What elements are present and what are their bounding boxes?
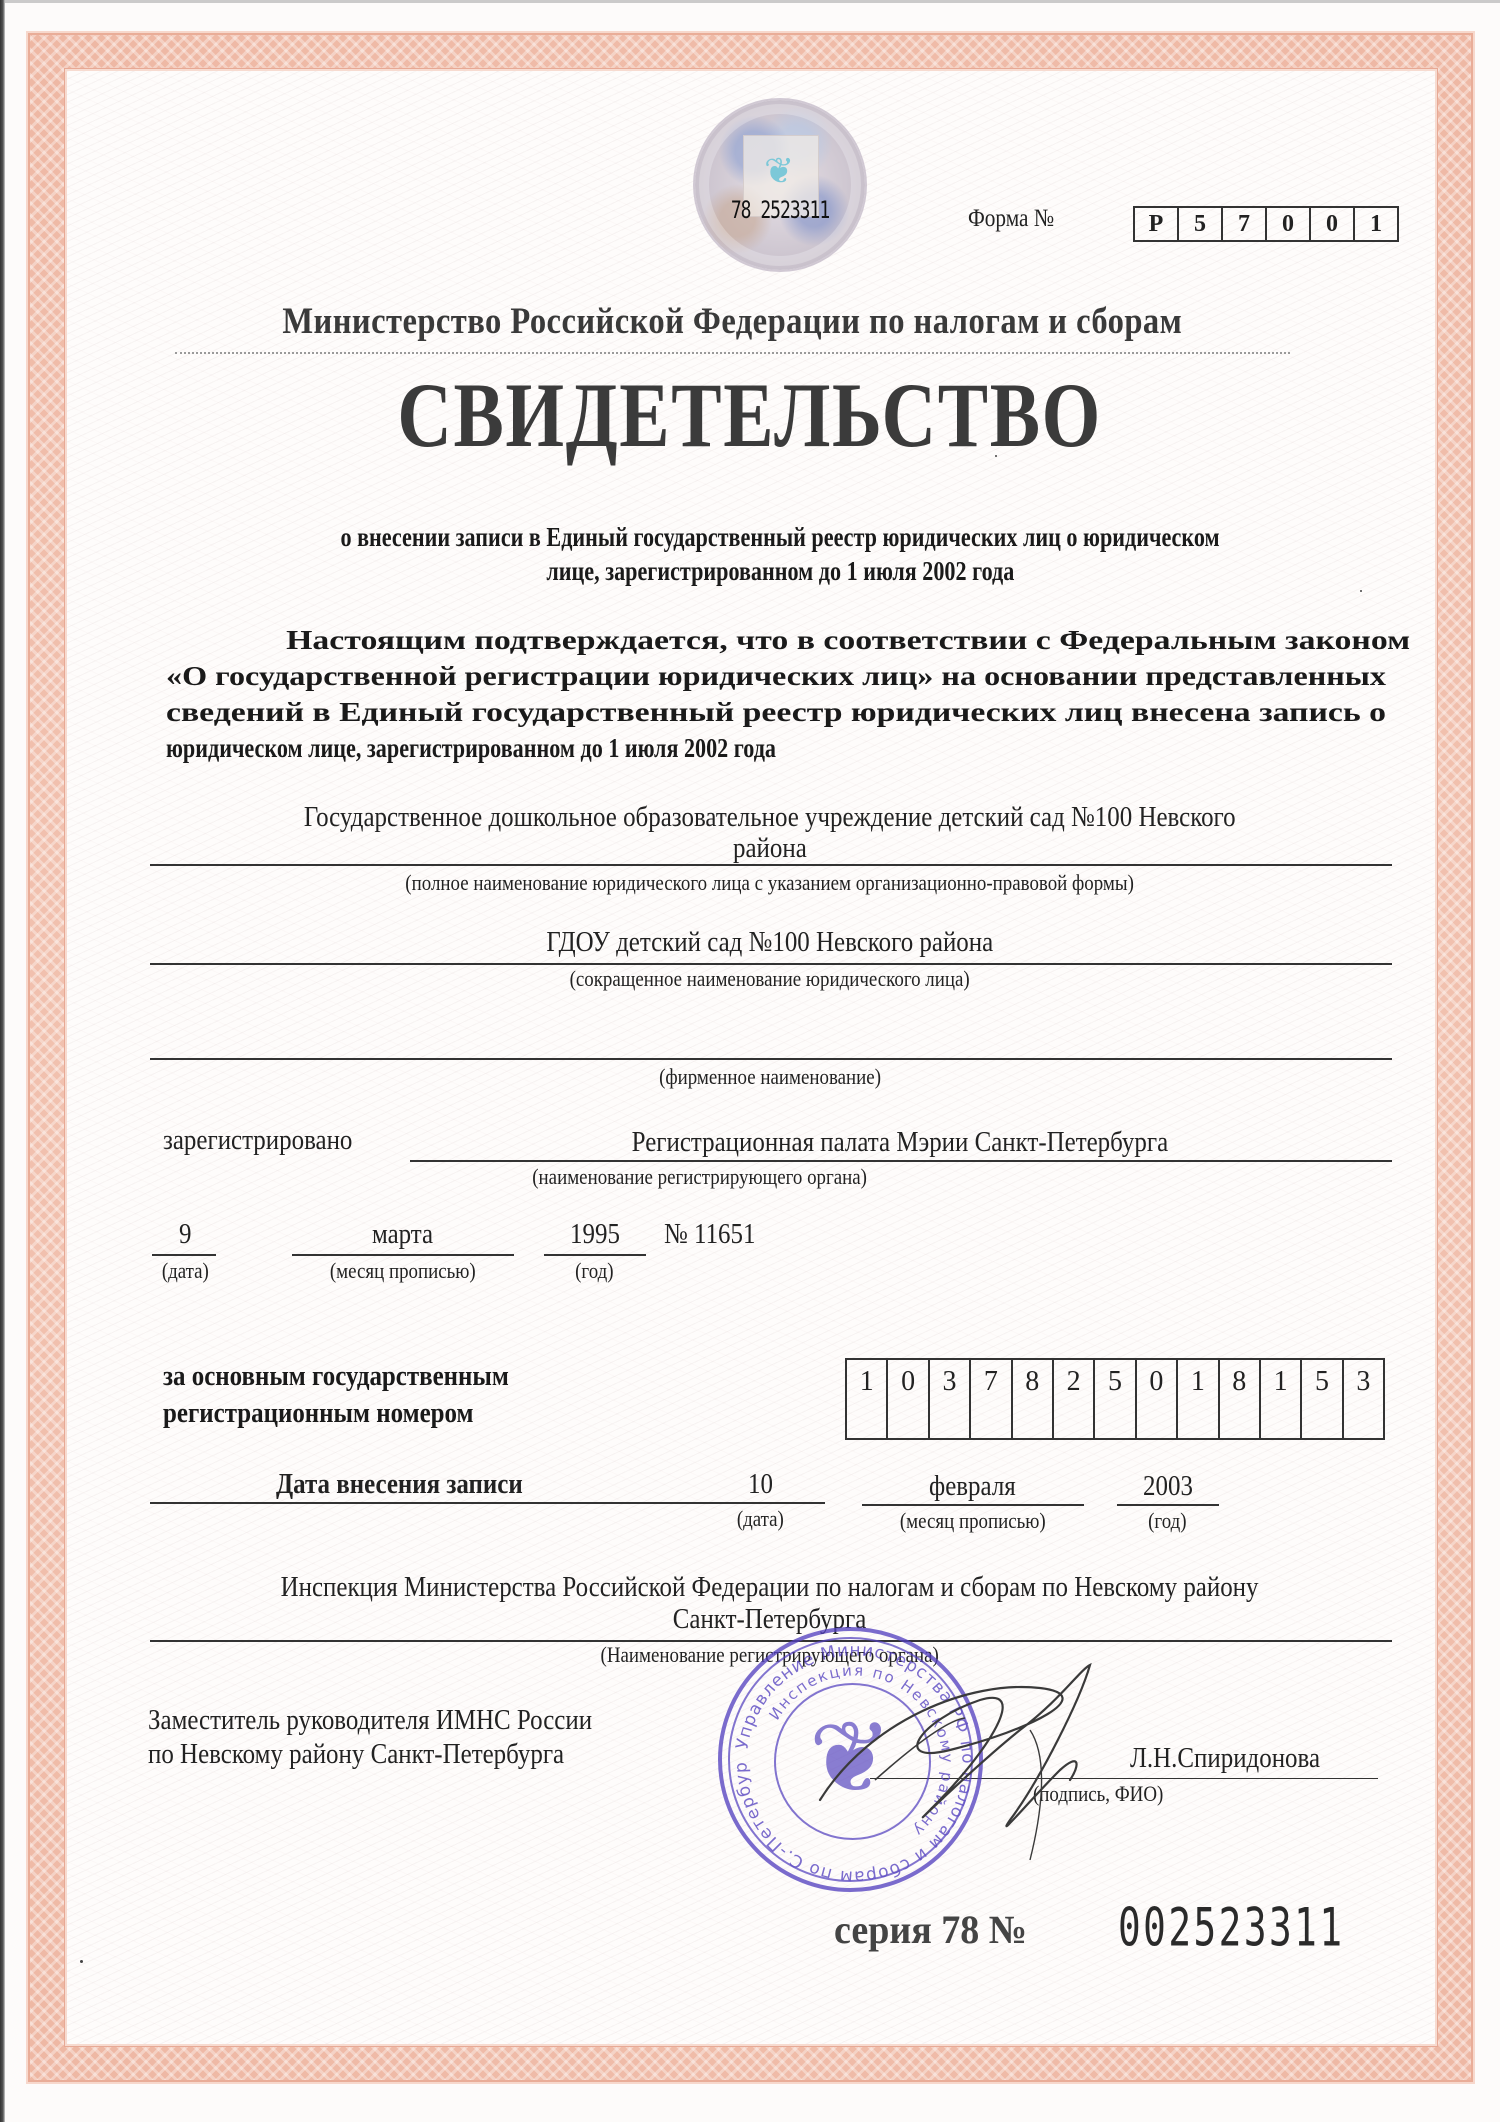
ogrn-digit-cell: 5 bbox=[1302, 1360, 1343, 1438]
registering-authority-text: Регистрационная палата Мэрии Санкт-Петер… bbox=[632, 1126, 1168, 1159]
form-code-cell: 0 bbox=[1267, 208, 1311, 240]
signatory-position-line-2: по Невскому району Санкт-Петербурга bbox=[148, 1738, 632, 1771]
registration-year-caption: (год) bbox=[542, 1258, 647, 1284]
ogrn-digit-cell: 0 bbox=[888, 1360, 929, 1438]
form-code-cell: 1 bbox=[1355, 208, 1399, 240]
form-label: Форма № bbox=[968, 205, 1054, 233]
form-code-box: Р 5 7 0 0 1 bbox=[1133, 206, 1399, 242]
scan-edge-top bbox=[0, 0, 1500, 3]
caption-text: (наименование регистрирующего органа) bbox=[533, 1164, 868, 1190]
caption-text: (год) bbox=[575, 1258, 613, 1284]
subtitle-text: о внесении записи в Единый государственн… bbox=[340, 522, 1219, 553]
registration-year-rule bbox=[544, 1254, 646, 1256]
signatory-position-text: по Невскому району Санкт-Петербурга bbox=[148, 1738, 564, 1771]
scan-speck bbox=[80, 1960, 83, 1963]
firm-name-rule bbox=[150, 1058, 1392, 1060]
signatory-position-line-1: Заместитель руководителя ИМНС России bbox=[148, 1704, 664, 1737]
registering-authority-caption: (наименование регистрирующего органа) bbox=[410, 1164, 990, 1190]
caption-text: (год) bbox=[1148, 1508, 1186, 1534]
entry-year: 2003 bbox=[1115, 1470, 1220, 1503]
registered-label-text: зарегистрировано bbox=[163, 1124, 352, 1157]
full-name-caption: (полное наименование юридического лица с… bbox=[150, 870, 1390, 896]
heading-divider bbox=[175, 352, 1290, 354]
caption-text: (месяц прописью) bbox=[330, 1258, 476, 1284]
ogrn-digit-cell: 1 bbox=[1178, 1360, 1219, 1438]
inspection-line-1: Инспекция Министерства Российской Федера… bbox=[150, 1571, 1390, 1604]
entry-month-rule bbox=[862, 1504, 1084, 1506]
short-name: ГДОУ детский сад №100 Невского района bbox=[150, 926, 1390, 959]
entry-year-rule bbox=[1117, 1504, 1219, 1506]
registration-month-caption: (месяц прописью) bbox=[290, 1258, 515, 1284]
caption-text: (полное наименование юридического лица с… bbox=[406, 870, 1135, 896]
ogrn-digit-cell: 3 bbox=[930, 1360, 971, 1438]
registration-month-rule bbox=[292, 1254, 514, 1256]
document-title: СВИДЕТЕЛЬСТВО bbox=[150, 362, 1350, 468]
ogrn-digit-cell: 1 bbox=[847, 1360, 888, 1438]
registration-day-text: 9 bbox=[179, 1218, 191, 1251]
form-code-cell: Р bbox=[1135, 208, 1179, 240]
ogrn-digit-cell: 0 bbox=[1137, 1360, 1178, 1438]
ogrn-label-line: регистрационным номером bbox=[163, 1395, 509, 1432]
ogrn-digit-cell: 8 bbox=[1013, 1360, 1054, 1438]
caption-text: (дата) bbox=[161, 1258, 208, 1284]
hologram-seal: 78 2523311 bbox=[695, 100, 865, 270]
inspection-text: Инспекция Министерства Российской Федера… bbox=[281, 1571, 1259, 1604]
registration-day-caption: (дата) bbox=[150, 1258, 220, 1284]
series-label: серия 78 № bbox=[834, 1906, 1037, 1953]
full-name-line-2: района bbox=[150, 832, 1390, 865]
ogrn-label-line: за основным государственным bbox=[163, 1358, 509, 1395]
ogrn-digit-cell: 5 bbox=[1095, 1360, 1136, 1438]
entry-month-caption: (месяц прописью) bbox=[860, 1508, 1085, 1534]
entry-day: 10 bbox=[700, 1468, 820, 1501]
entry-year-caption: (год) bbox=[1115, 1508, 1220, 1534]
ogrn-digit-cell: 8 bbox=[1220, 1360, 1261, 1438]
ogrn-digit-cell: 7 bbox=[971, 1360, 1012, 1438]
entry-month-text: февраля bbox=[929, 1470, 1016, 1503]
statement-line: юридическом лице, зарегистрированном до … bbox=[166, 730, 1166, 766]
signatory-position-text: Заместитель руководителя ИМНС России bbox=[148, 1704, 592, 1737]
form-code-cell: 0 bbox=[1311, 208, 1355, 240]
series-number-text: 002523311 bbox=[1118, 1896, 1345, 1958]
short-name-caption: (сокращенное наименование юридического л… bbox=[150, 966, 1390, 992]
short-name-text: ГДОУ детский сад №100 Невского района bbox=[547, 926, 994, 959]
firm-name bbox=[150, 1020, 1390, 1053]
registration-month: марта bbox=[290, 1218, 515, 1251]
firm-name-caption: (фирменное наименование) bbox=[150, 1064, 1390, 1090]
subtitle-text: лице, зарегистрированном до 1 июля 2002 … bbox=[546, 556, 1014, 587]
registering-authority: Регистрационная палата Мэрии Санкт-Петер… bbox=[410, 1126, 1390, 1159]
entry-day-caption: (дата) bbox=[700, 1506, 820, 1532]
entry-day-rule bbox=[150, 1502, 825, 1504]
ogrn-digit-cell: 3 bbox=[1344, 1360, 1385, 1438]
ogrn-digit-cell: 1 bbox=[1261, 1360, 1302, 1438]
caption-text: (сокращенное наименование юридического л… bbox=[570, 966, 970, 992]
full-name-text: Государственное дошкольное образовательн… bbox=[304, 801, 1236, 834]
statement-line: «О государственной регистрации юридическ… bbox=[166, 658, 1500, 694]
entry-date-label-text: Дата внесения записи bbox=[276, 1468, 523, 1501]
signatory-name: Л.Н.Спиридонова bbox=[1130, 1742, 1351, 1775]
caption-text: (дата) bbox=[736, 1506, 783, 1532]
ogrn-box: 1 0 3 7 8 2 5 0 1 8 1 5 3 bbox=[845, 1358, 1385, 1440]
entry-date-label: Дата внесения записи bbox=[276, 1468, 563, 1501]
ministry-heading: Министерство Российской Федерации по нал… bbox=[175, 300, 1290, 343]
registration-number-text: № 11651 bbox=[664, 1218, 755, 1251]
statement-paragraph: Настоящим подтверждается, что в соответс… bbox=[166, 622, 1386, 766]
statement-line: Настоящим подтверждается, что в соответс… bbox=[166, 622, 1500, 658]
full-name-line-1: Государственное дошкольное образовательн… bbox=[150, 801, 1390, 834]
registration-month-text: марта bbox=[372, 1218, 433, 1251]
registering-authority-rule bbox=[410, 1160, 1392, 1162]
registration-day: 9 bbox=[150, 1218, 220, 1251]
caption-text: (месяц прописью) bbox=[900, 1508, 1046, 1534]
subtitle-line-1: о внесении записи в Единый государственн… bbox=[170, 522, 1390, 553]
entry-month: февраля bbox=[860, 1470, 1085, 1503]
scan-speck bbox=[995, 455, 997, 457]
caption-text: (фирменное наименование) bbox=[659, 1064, 881, 1090]
handwritten-signature bbox=[780, 1660, 1160, 1880]
full-name-rule bbox=[150, 864, 1392, 866]
entry-day-text: 10 bbox=[748, 1468, 773, 1501]
series-number: 002523311 bbox=[1118, 1900, 1394, 1954]
registration-year: 1995 bbox=[542, 1218, 647, 1251]
document-title-text: СВИДЕТЕЛЬСТВО bbox=[398, 362, 1103, 468]
registration-day-rule bbox=[152, 1254, 216, 1256]
full-name-text: района bbox=[733, 832, 807, 865]
ogrn-digit-cell: 2 bbox=[1054, 1360, 1095, 1438]
ogrn-label: за основным государственным регистрацион… bbox=[163, 1358, 565, 1432]
ministry-heading-text: Министерство Российской Федерации по нал… bbox=[283, 300, 1183, 343]
entry-year-text: 2003 bbox=[1143, 1470, 1193, 1503]
registration-number: № 11651 bbox=[664, 1218, 770, 1251]
registration-year-text: 1995 bbox=[570, 1218, 620, 1251]
registered-label: зарегистрировано bbox=[163, 1124, 383, 1157]
subtitle-line-2: лице, зарегистрированном до 1 июля 2002 … bbox=[170, 556, 1390, 587]
scan-edge-left bbox=[0, 0, 5, 2122]
scan-speck bbox=[1360, 590, 1362, 592]
series-label-text: серия 78 № bbox=[834, 1906, 1027, 1953]
form-code-cell: 7 bbox=[1223, 208, 1267, 240]
form-code-cell: 5 bbox=[1179, 208, 1223, 240]
short-name-rule bbox=[150, 963, 1392, 965]
hologram-number: 78 2523311 bbox=[695, 196, 865, 224]
statement-line: сведений в Единый государственный реестр… bbox=[166, 694, 1500, 730]
